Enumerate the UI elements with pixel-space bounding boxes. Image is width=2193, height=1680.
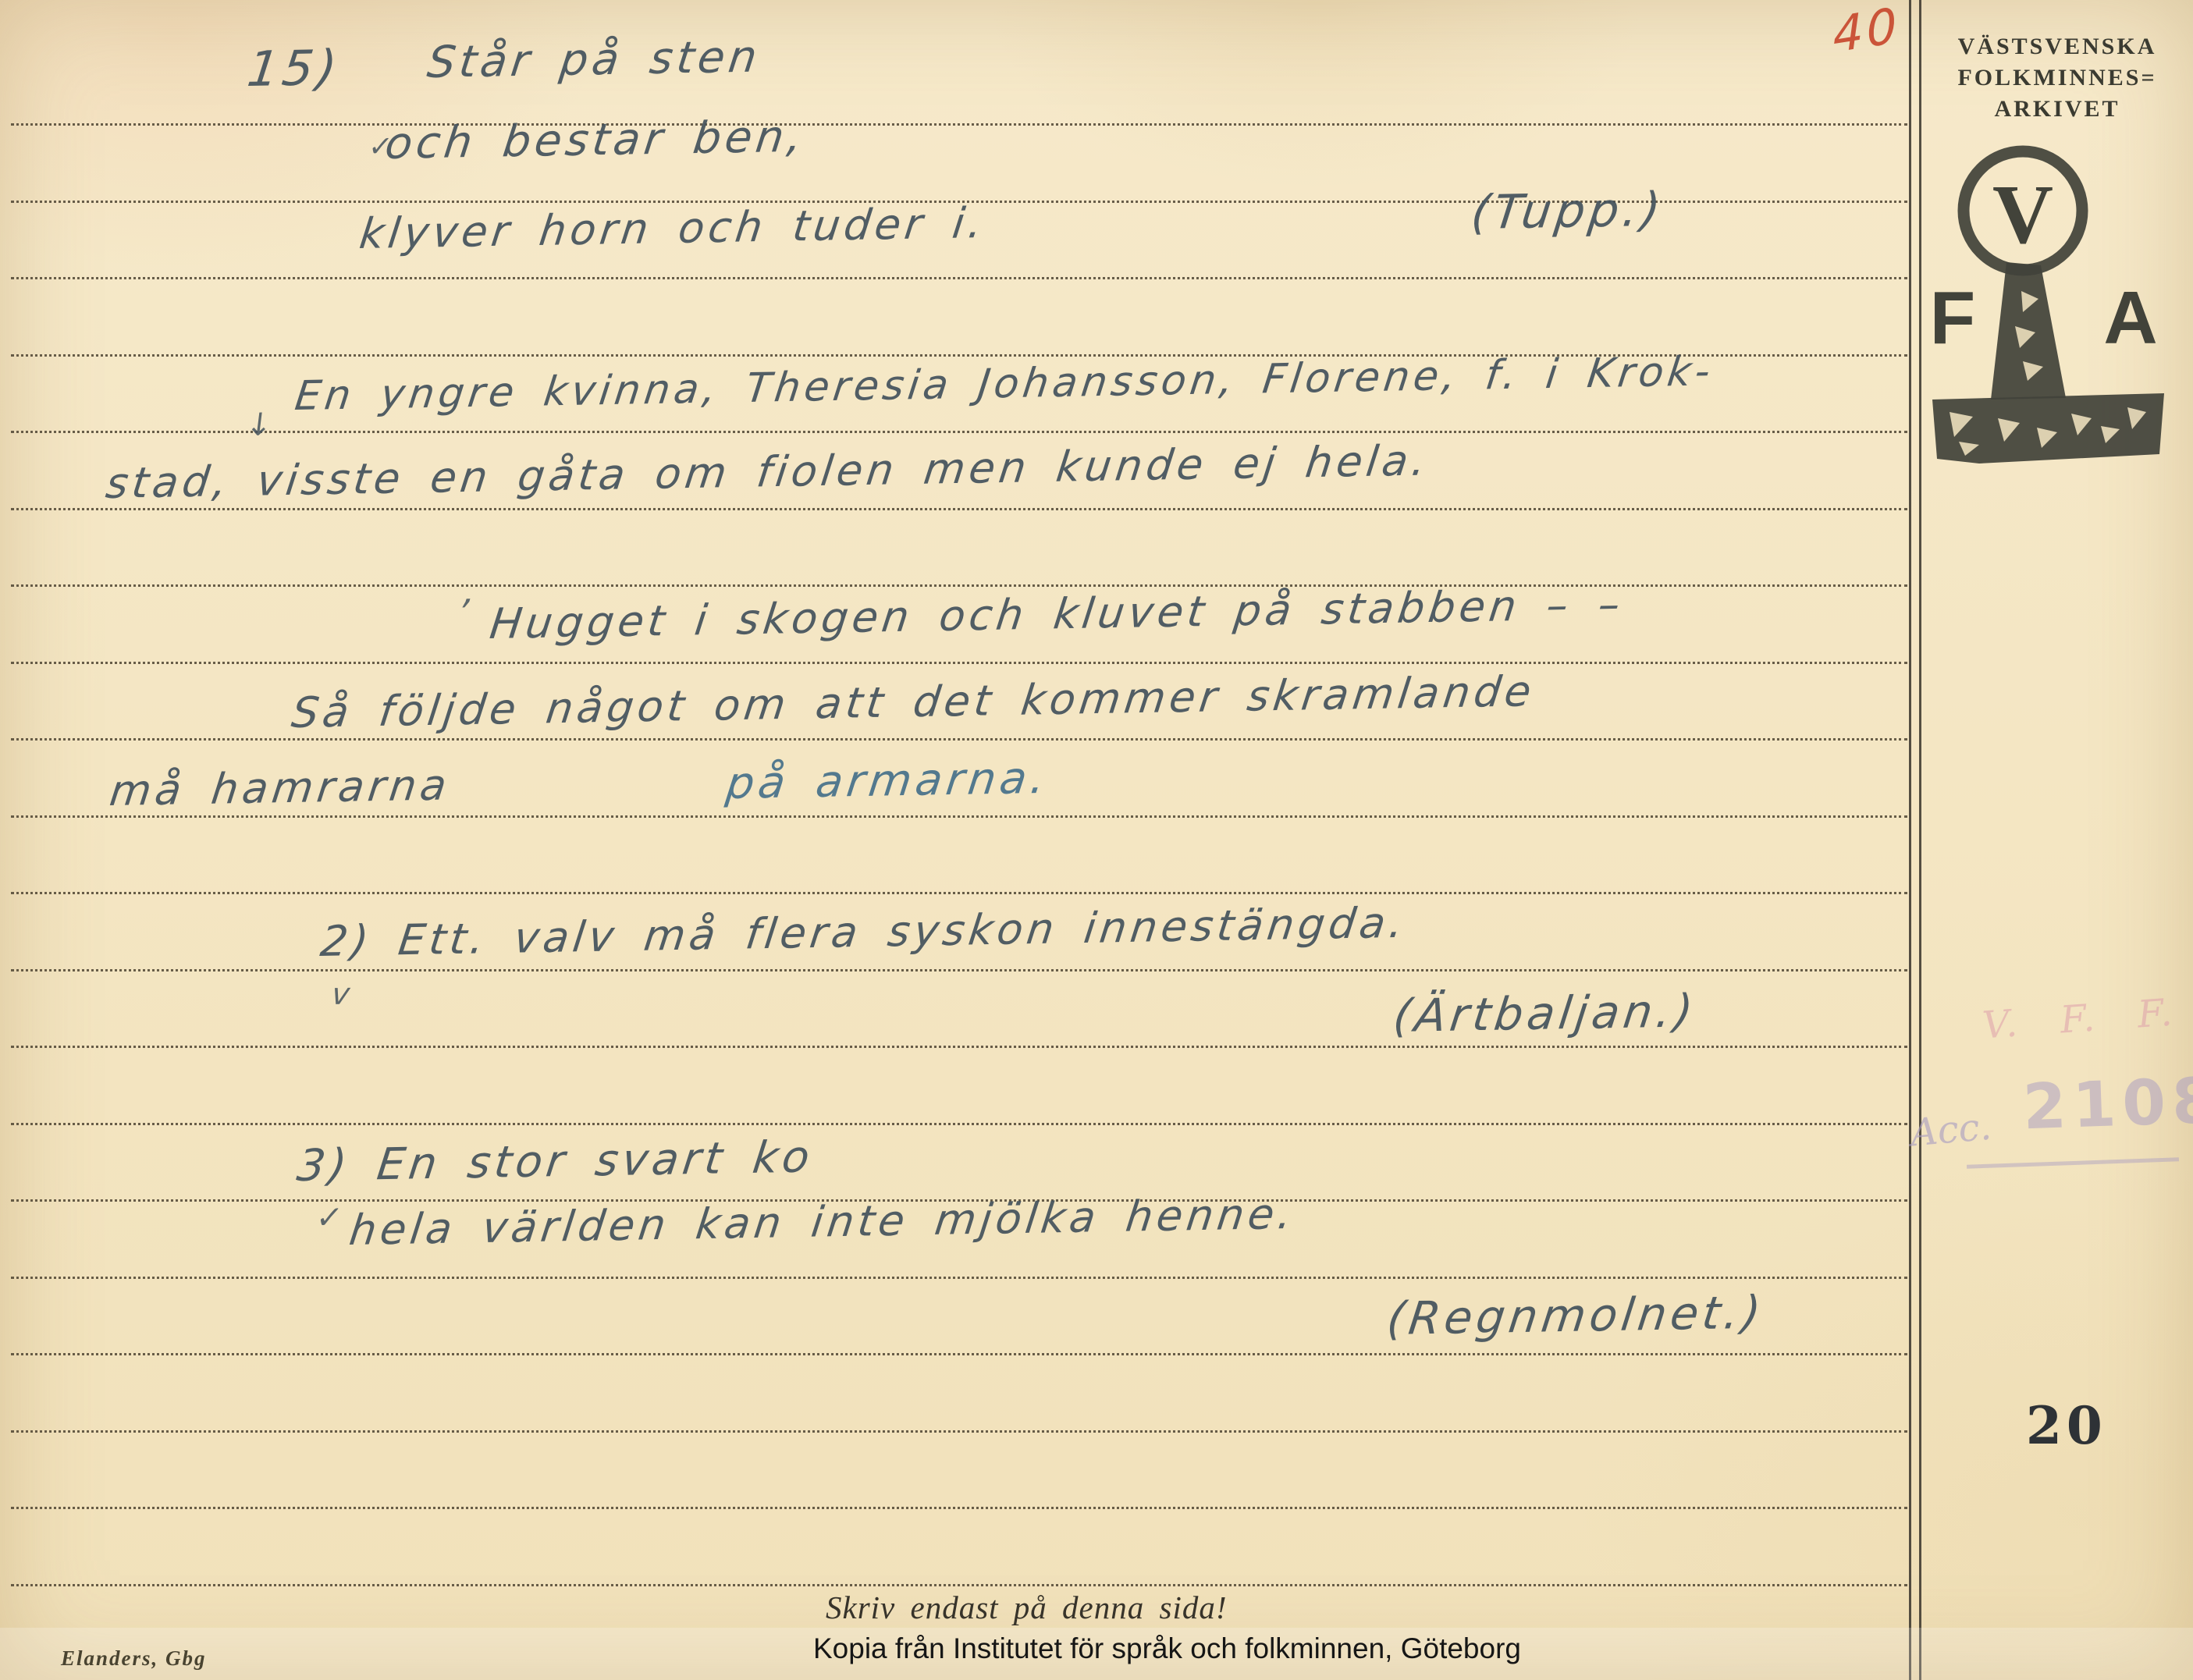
ruled-line (11, 1277, 1907, 1279)
riddle-15-number: 15) (244, 39, 343, 98)
red-folio-number: 40 (1832, 0, 1902, 64)
note-line1: En yngre kvinna, Theresia Johansson, Flo… (293, 348, 1717, 420)
ruled-line (11, 1430, 1907, 1433)
accession-underline (1967, 1157, 2179, 1168)
riddle-15-line2: och bestar ben, (382, 112, 809, 169)
tick-mark: ʼ (457, 591, 473, 634)
scanned-archive-page: 15)Står på sten✓och bestar ben,klyver ho… (0, 0, 2193, 1680)
riddle-2-answer: (Ärtbaljan.) (1391, 984, 1700, 1042)
ruled-line (11, 123, 1907, 126)
ruled-line (11, 1584, 1907, 1586)
riddle-3-answer: (Regnmolnet.) (1384, 1286, 1768, 1345)
vfa-logo: V F A (1904, 139, 2193, 482)
riddle-15-line1: Står på sten (425, 32, 763, 88)
ruled-line (11, 892, 1907, 894)
footer-instruction: Skriv endast på denna sida! (826, 1589, 1227, 1626)
logo-letter-f: F (1930, 276, 1976, 360)
ruled-line (11, 969, 1907, 971)
ruled-line (11, 662, 1907, 664)
ruled-line (11, 508, 1907, 510)
riddle-2-line1: 2) Ett. valv må flera syskon innestängda… (318, 898, 1409, 966)
check-mark: ✓ (314, 1199, 344, 1236)
digitization-credit: Kopia från Institutet för språk och folk… (813, 1632, 1521, 1665)
ruled-line (11, 815, 1907, 818)
archive-name-block: VÄSTSVENSKA FOLKMINNES= ARKIVET (1921, 31, 2193, 125)
archive-name-line2: FOLKMINNES= (1921, 62, 2193, 94)
riddle-3-line1: 3) En stor svart ko (294, 1131, 816, 1191)
riddle-1-line2: Så följde något om att det kommer skraml… (289, 666, 1537, 737)
accession-number-stamp: 2108 (2021, 1064, 2193, 1144)
note-line2: stad, visste en gåta om fiolen men kunde… (103, 435, 1432, 508)
svg-text:V: V (1992, 169, 2053, 261)
archive-name-line1: VÄSTSVENSKA (1921, 31, 2193, 62)
page-number-stamp: 20 (2026, 1395, 2107, 1456)
ruled-line (11, 1507, 1907, 1509)
riddle-15-line3: klyver horn och tuder i. (357, 198, 989, 258)
riddle-1-line1: Hugget i skogen och kluvet på stabben – … (487, 580, 1626, 648)
ruled-line (11, 1123, 1907, 1125)
ruled-line (11, 1353, 1907, 1355)
riddle-1-insertion: på armarna. (723, 753, 1051, 809)
logo-letter-a: A (2103, 276, 2157, 360)
ruled-line (11, 431, 1907, 433)
printer-mark: Elanders, Gbg (61, 1646, 207, 1671)
riddle-1-line3: må hamrarna (107, 760, 453, 815)
accession-label-stamp: Acc. (1909, 1105, 1993, 1156)
ruled-line (11, 1046, 1907, 1048)
down-arrow-mark: ↓ (243, 407, 274, 443)
vff-stamp: V. F. F. (1981, 990, 2176, 1047)
riddle-15-answer: (Tupp.) (1468, 183, 1667, 240)
ruled-line (11, 277, 1907, 279)
archive-name-line3: ARKIVET (1921, 94, 2193, 125)
ruled-line (11, 738, 1907, 741)
check-mark: v (330, 977, 352, 1011)
